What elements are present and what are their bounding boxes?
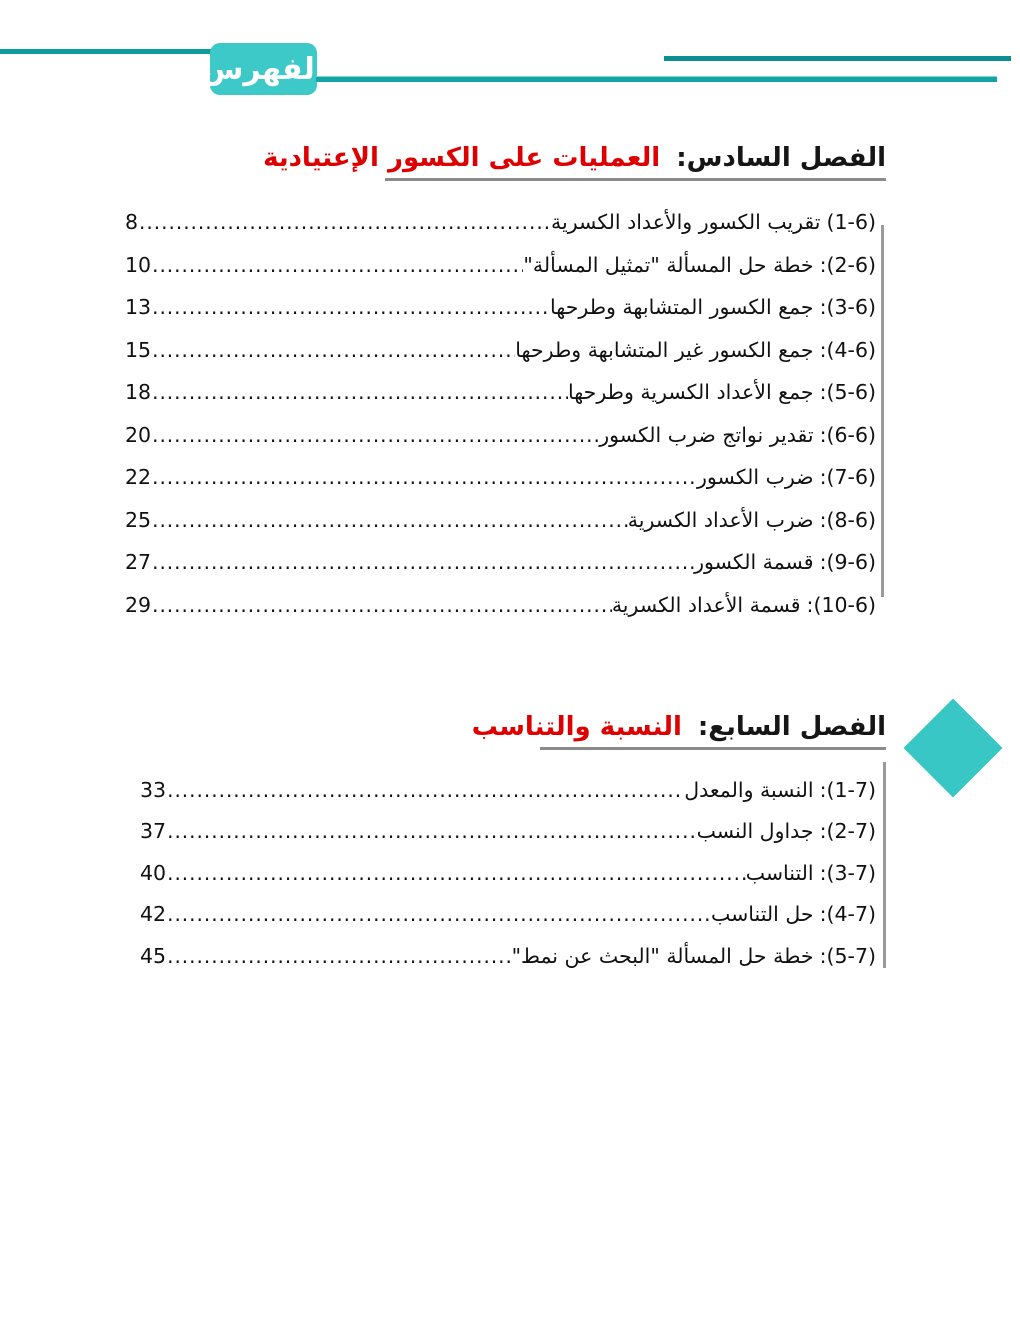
toc-row: (3-6):جمع الكسور المتشابهة وطرحها ......… — [125, 286, 876, 329]
toc-row: (1-7):النسبة والمعدل ...................… — [140, 769, 876, 811]
entry-title: ضرب الأعداد الكسرية — [628, 508, 814, 532]
toc-entry-text: (5-6):جمع الأعداد الكسرية وطرحها — [568, 380, 876, 404]
chapter7-heading: الفصل السابع:النسبة والتناسب — [540, 712, 886, 750]
entry-number: (3-7) — [827, 861, 876, 885]
toc-entry-text: (7-6):ضرب الكسور — [697, 465, 876, 489]
entry-number: (4-7) — [827, 902, 876, 926]
index-tab-label: الفهرس — [202, 52, 325, 87]
toc-row: (9-6):قسمة الكسور ......................… — [125, 541, 876, 584]
leader-dots: ........................................… — [151, 338, 515, 362]
chapter7-heading-label: الفصل السابع: — [698, 712, 886, 742]
leader-dots: ........................................… — [138, 210, 551, 234]
entry-separator: : — [820, 295, 827, 319]
entry-number: (5-6) — [827, 380, 876, 404]
chapter6-side-rule — [881, 225, 884, 597]
leader-dots: ........................................… — [166, 902, 711, 926]
entry-separator: : — [820, 778, 827, 802]
entry-number: (9-6) — [827, 550, 876, 574]
toc-entry-text: (4-7):حل التناسب — [711, 902, 876, 926]
toc-entry-text: (8-6):ضرب الأعداد الكسرية — [628, 508, 876, 532]
page-number: 15 — [125, 338, 151, 362]
chapter7-side-rule — [883, 762, 886, 968]
page-number: 13 — [125, 295, 151, 319]
leader-dots: ........................................… — [151, 423, 599, 447]
entry-number: (2-7) — [827, 819, 876, 843]
toc-row: (4-6):جمع الكسور غير المتشابهة وطرحها ..… — [125, 329, 876, 372]
page-number: 8 — [125, 210, 138, 234]
page-number: 22 — [125, 465, 151, 489]
index-tab: الفهرس — [210, 43, 317, 95]
leader-dots: ........................................… — [151, 295, 550, 319]
entry-title: جمع الكسور المتشابهة وطرحها — [550, 295, 814, 319]
entry-title: خطة حل المسألة "تمثيل المسألة" — [523, 253, 813, 277]
page-number: 42 — [140, 902, 166, 926]
toc-entry-text: (2-6):خطة حل المسألة "تمثيل المسألة" — [523, 253, 876, 277]
leader-dots: ........................................… — [166, 778, 684, 802]
chapter6-heading: الفصل السادس:العمليات على الكسور الإعتيا… — [385, 143, 886, 181]
entry-separator: : — [820, 902, 827, 926]
toc-entry-text: (3-6):جمع الكسور المتشابهة وطرحها — [550, 295, 876, 319]
page-number: 40 — [140, 861, 166, 885]
page-number: 10 — [125, 253, 151, 277]
toc-row: (5-6):جمع الأعداد الكسرية وطرحها .......… — [125, 371, 876, 414]
toc-entry-text: (9-6):قسمة الكسور — [694, 550, 876, 574]
toc-row: (8-6):ضرب الأعداد الكسرية ..............… — [125, 499, 876, 542]
entry-title: خطة حل المسألة "البحث عن نمط" — [512, 944, 814, 968]
top-left-rule — [0, 49, 211, 54]
entry-number: (1-7) — [827, 778, 876, 802]
toc-entry-text: (1-6)تقريب الكسور والأعداد الكسرية — [551, 210, 876, 234]
entry-separator: : — [820, 253, 827, 277]
entry-number: (1-6) — [827, 210, 876, 234]
toc-entry-text: (2-7):جداول النسب — [697, 819, 876, 843]
entry-title: جداول النسب — [697, 819, 814, 843]
toc-row: (4-7):حل التناسب .......................… — [140, 894, 876, 936]
toc-entry-text: (10-6):قسمة الأعداد الكسرية — [612, 593, 876, 617]
toc-row: (1-6)تقريب الكسور والأعداد الكسرية .....… — [125, 201, 876, 244]
toc-row: (7-6):ضرب الكسور .......................… — [125, 456, 876, 499]
chapter6-toc-list: (1-6)تقريب الكسور والأعداد الكسرية .....… — [125, 201, 876, 626]
page-number: 45 — [140, 944, 166, 968]
page-number: 25 — [125, 508, 151, 532]
entry-number: (5-7) — [827, 944, 876, 968]
entry-separator: : — [820, 465, 827, 489]
leader-dots: ........................................… — [151, 550, 694, 574]
entry-number: (10-6) — [813, 593, 876, 617]
top-right-rule-upper — [664, 56, 1011, 61]
toc-row: (6-6):تقدير نواتج ضرب الكسور ...........… — [125, 414, 876, 457]
page-number: 20 — [125, 423, 151, 447]
chapter6-heading-label: الفصل السادس: — [676, 143, 886, 173]
entry-title: جمع الكسور غير المتشابهة وطرحها — [515, 338, 813, 362]
leader-dots: ........................................… — [151, 593, 612, 617]
entry-separator: : — [820, 550, 827, 574]
chapter6-heading-title: العمليات على الكسور الإعتيادية — [263, 143, 660, 173]
entry-number: (3-6) — [827, 295, 876, 319]
entry-number: (7-6) — [827, 465, 876, 489]
leader-dots: ........................................… — [166, 819, 697, 843]
entry-title: تقدير نواتج ضرب الكسور — [599, 423, 813, 447]
entry-separator: : — [820, 944, 827, 968]
chapter7-toc-list: (1-7):النسبة والمعدل ...................… — [140, 769, 876, 977]
leader-dots: ........................................… — [151, 380, 568, 404]
entry-title: قسمة الأعداد الكسرية — [612, 593, 801, 617]
leader-dots: ........................................… — [151, 465, 697, 489]
entry-title: النسبة والمعدل — [684, 778, 813, 802]
page-number: 18 — [125, 380, 151, 404]
entry-separator: : — [820, 338, 827, 362]
leader-dots: ........................................… — [151, 508, 628, 532]
chapter7-heading-title: النسبة والتناسب — [472, 712, 682, 742]
toc-row: (2-7):جداول النسب ......................… — [140, 811, 876, 853]
entry-separator: : — [820, 423, 827, 447]
page-number: 33 — [140, 778, 166, 802]
leader-dots: ........................................… — [166, 861, 746, 885]
diamond-ornament — [904, 699, 1003, 798]
toc-row: (3-7):التناسب ..........................… — [140, 852, 876, 894]
entry-separator: : — [820, 819, 827, 843]
leader-dots: ........................................… — [151, 253, 523, 277]
entry-number: (4-6) — [827, 338, 876, 362]
entry-title: جمع الأعداد الكسرية وطرحها — [568, 380, 814, 404]
entry-title: ضرب الكسور — [697, 465, 814, 489]
entry-number: (8-6) — [827, 508, 876, 532]
entry-number: (2-6) — [827, 253, 876, 277]
entry-number: (6-6) — [827, 423, 876, 447]
toc-entry-text: (5-7):خطة حل المسألة "البحث عن نمط" — [512, 944, 876, 968]
leader-dots: ........................................… — [166, 944, 511, 968]
entry-title: حل التناسب — [711, 902, 814, 926]
toc-entry-text: (3-7):التناسب — [746, 861, 876, 885]
entry-title: التناسب — [746, 861, 814, 885]
toc-row: (2-6):خطة حل المسألة "تمثيل المسألة" ...… — [125, 244, 876, 287]
page-number: 37 — [140, 819, 166, 843]
entry-separator: : — [820, 380, 827, 404]
toc-entry-text: (6-6):تقدير نواتج ضرب الكسور — [599, 423, 876, 447]
toc-entry-text: (4-6):جمع الكسور غير المتشابهة وطرحها — [515, 338, 876, 362]
page-number: 29 — [125, 593, 151, 617]
entry-separator: : — [820, 508, 827, 532]
entry-title: تقريب الكسور والأعداد الكسرية — [551, 210, 820, 234]
top-right-rule-lower — [316, 76, 997, 82]
toc-row: (5-7):خطة حل المسألة "البحث عن نمط" ....… — [140, 935, 876, 977]
entry-separator: : — [820, 861, 827, 885]
toc-row: (10-6):قسمة الأعداد الكسرية ............… — [125, 584, 876, 627]
page-number: 27 — [125, 550, 151, 574]
toc-entry-text: (1-7):النسبة والمعدل — [684, 778, 876, 802]
entry-title: قسمة الكسور — [694, 550, 814, 574]
